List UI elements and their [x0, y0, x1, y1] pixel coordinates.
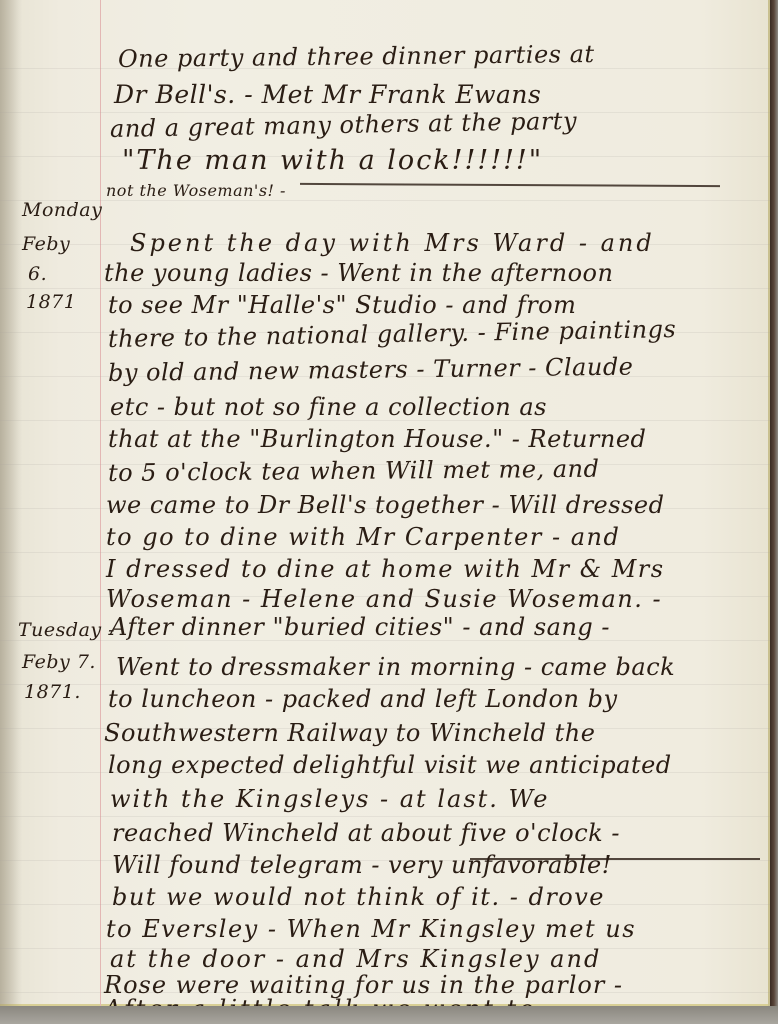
- entry-line: Will found telegram - very unfavorable!: [112, 850, 612, 880]
- underline-stroke: [470, 858, 760, 860]
- entry-line: we came to Dr Bell's together - Will dre…: [106, 490, 664, 520]
- margin-date-month: Feby 7.: [22, 650, 96, 674]
- ruled-line: [0, 288, 770, 289]
- ruled-line: [0, 552, 770, 553]
- ruled-line: [0, 816, 770, 817]
- entry-line: long expected delightful visit we antici…: [108, 750, 672, 780]
- diary-page: One party and three dinner parties at Dr…: [0, 0, 770, 1006]
- entry-line: Dr Bell's. - Met Mr Frank Ewans: [114, 80, 541, 110]
- entry-line: Woseman - Helene and Susie Woseman. -: [106, 584, 662, 614]
- entry-line: I dressed to dine at home with Mr & Mrs: [106, 554, 665, 584]
- entry-line: not the Woseman's! -: [106, 176, 286, 206]
- entry-line: to luncheon - packed and left London by: [108, 684, 618, 714]
- entry-line: that at the "Burlington House." - Return…: [108, 424, 646, 454]
- entry-line: there to the national gallery. - Fine pa…: [108, 314, 677, 354]
- binding-shadow: [0, 0, 22, 1006]
- entry-line: Southwestern Railway to Wincheld the: [104, 718, 595, 748]
- entry-line: After dinner "buried cities" - and sang …: [110, 612, 610, 642]
- margin-rule: [100, 0, 101, 1006]
- entry-line: "The man with a lock!!!!!!": [122, 146, 543, 176]
- entry-line: One party and three dinner parties at: [118, 39, 595, 74]
- entry-line: Went to dressmaker in morning - came bac…: [116, 652, 675, 682]
- margin-date-year: 1871: [26, 290, 76, 314]
- entry-line: to go to dine with Mr Carpenter - and: [106, 522, 620, 552]
- entry-line: Spent the day with Mrs Ward - and: [130, 228, 655, 258]
- entry-line: reached Wincheld at about five o'clock -: [112, 818, 620, 848]
- entry-line: etc - but not so fine a collection as: [110, 392, 547, 422]
- margin-date-day: Monday: [22, 198, 102, 222]
- entry-line: the young ladies - Went in the afternoon: [104, 258, 613, 288]
- table-surface: [0, 1006, 778, 1024]
- margin-date-day: Tuesday -: [18, 618, 115, 642]
- book-edge: [770, 0, 778, 1024]
- entry-line: to see Mr "Halle's" Studio - and from: [108, 290, 576, 320]
- margin-date-dayno: 6.: [28, 262, 47, 286]
- entry-line: with the Kingsleys - at last. We: [110, 784, 549, 814]
- entry-line: but we would not think of it. - drove: [112, 882, 605, 912]
- margin-date-month: Feby: [22, 232, 70, 256]
- entry-line: to Eversley - When Mr Kingsley met us: [106, 914, 636, 944]
- underline-stroke: [300, 183, 720, 187]
- entry-line: to 5 o'clock tea when Will met me, and: [108, 454, 600, 488]
- entry-line: by old and new masters - Turner - Claude: [108, 352, 634, 388]
- margin-date-year: 1871.: [24, 680, 81, 704]
